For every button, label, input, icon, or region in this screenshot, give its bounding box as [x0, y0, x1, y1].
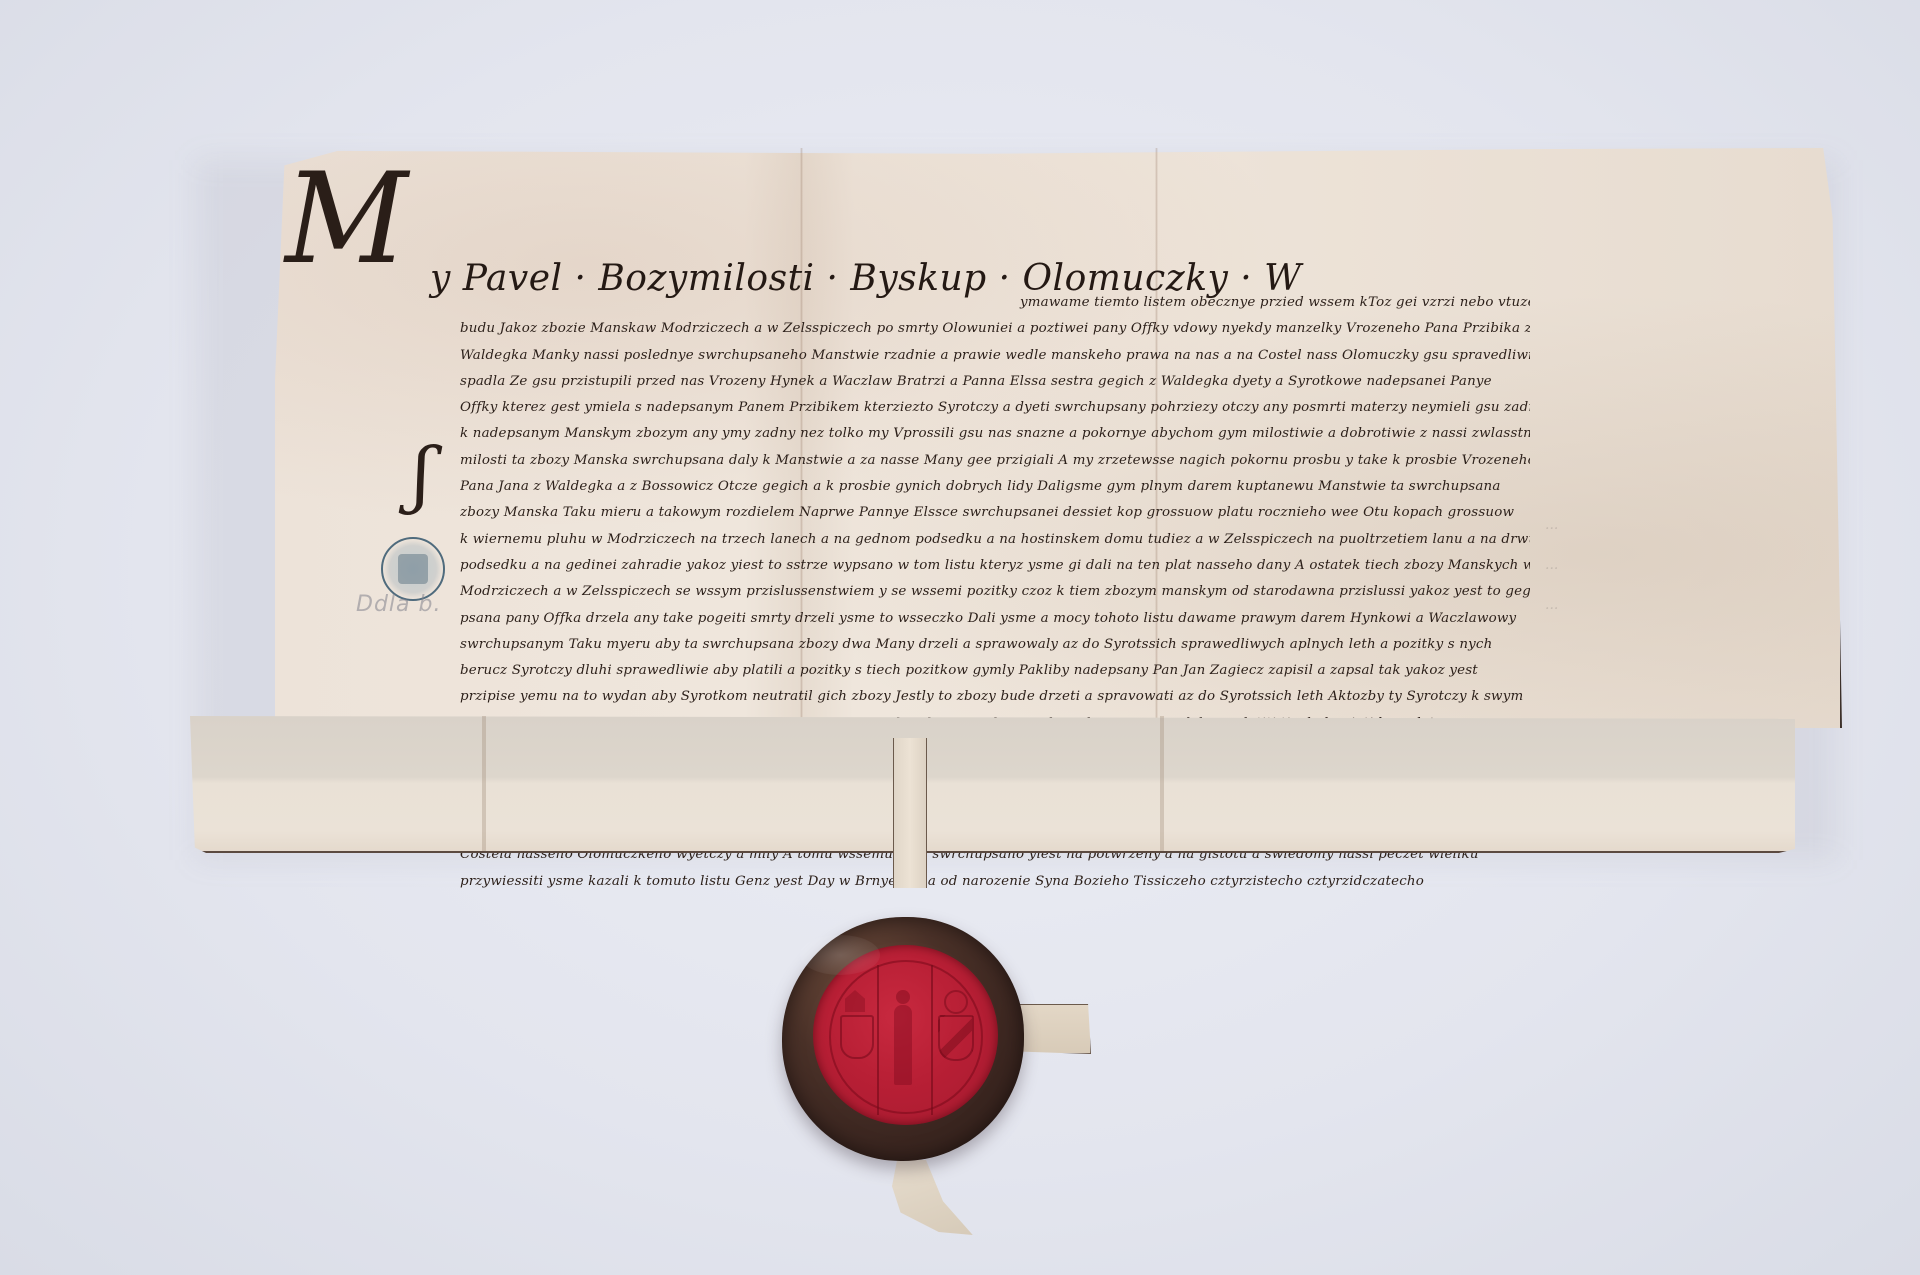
text-line: milosti ta zbozy Manska swrchupsana daly…: [460, 448, 1530, 474]
text-line: Offky kterez gest ymiela s nadepsanym Pa…: [460, 395, 1530, 421]
text-line: k wiernemu pluhu w Modrziczech na trzech…: [460, 527, 1530, 553]
faded-margin-text: ... ... ...: [1545, 505, 1665, 625]
plica-crease: [1160, 716, 1164, 851]
text-line: k nadepsanym Manskym zbozym any ymy zadn…: [460, 421, 1530, 447]
shield-right-icon: [938, 1015, 974, 1061]
helm-icon: [944, 990, 968, 1014]
seal-tag-strip: [893, 738, 927, 888]
saint-head-icon: [896, 990, 910, 1004]
pencil-shelfmark: Ddla b.: [356, 592, 441, 617]
faded-text: ...: [1545, 545, 1665, 585]
text-line: zbozy Manska Taku mieru a takowym rozdie…: [460, 500, 1530, 526]
wax-highlight: [800, 935, 880, 975]
folded-plica: [190, 716, 1795, 853]
seal-tag-strip: [892, 1160, 977, 1235]
text-line: przipise yemu na to wydan aby Syrotkom n…: [460, 684, 1530, 710]
plica-crease: [482, 716, 486, 851]
shield-left-icon: [840, 1015, 874, 1059]
faded-text: ...: [1545, 585, 1665, 625]
faded-text: ...: [1545, 505, 1665, 545]
text-line: spadla Ze gsu przistupili przed nas Vroz…: [460, 369, 1530, 395]
text-line: psana pany Offka drzela any take pogeiti…: [460, 606, 1530, 632]
ornate-initial-monogram: M: [285, 157, 386, 283]
text-line: Modrziczech a w Zelsspiczech se wssym pr…: [460, 579, 1530, 605]
text-line: budu Jakoz zbozie Manskaw Modrziczech a …: [460, 316, 1530, 342]
seal-tag-strip: [1018, 1004, 1091, 1054]
text-line: przywiessiti ysme kazali k tomuto listu …: [460, 869, 1530, 895]
text-line: berucz Syrotczy dluhi sprawedliwie aby p…: [460, 658, 1530, 684]
margin-flourish: ʃ: [412, 432, 432, 516]
archive-stamp-text: ARCHIEPISCOPALE ARCHIVUM CREMSIRIENSE: [383, 539, 443, 599]
text-line: ymawame tiemto listem obecznye przied ws…: [460, 290, 1530, 316]
text-line: podsedku a na gedinei zahradie yakoz yie…: [460, 553, 1530, 579]
text-line: Pana Jana z Waldegka a z Bossowicz Otcze…: [460, 474, 1530, 500]
saint-figure-icon: [894, 1005, 912, 1085]
text-line: swrchupsanym Taku myeru aby ta swrchupsa…: [460, 632, 1530, 658]
text-line: Waldegka Manky nassi poslednye swrchupsa…: [460, 343, 1530, 369]
